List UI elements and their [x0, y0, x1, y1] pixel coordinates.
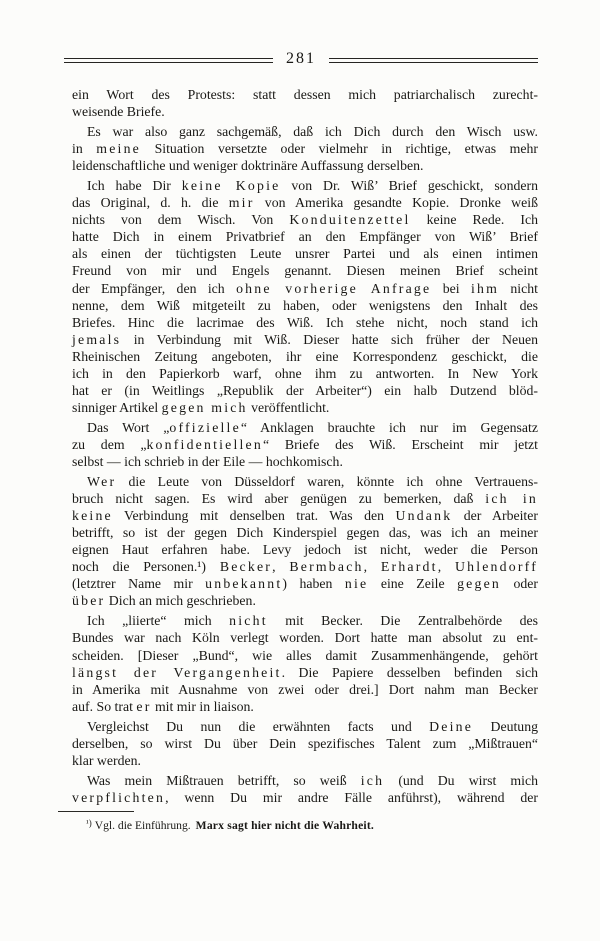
- text-line: scheiden. [Dieser „Bund“, wie alles dami…: [72, 647, 538, 664]
- text-line: verpflichten, wenn Du mir andre Fälle an…: [72, 789, 538, 806]
- text-line: sinniger Artikel gegen mich veröffentlic…: [72, 399, 538, 416]
- text-line: hat er (in Weitlings „Republik der Arbei…: [72, 382, 538, 399]
- footnote-text: Vgl. die Einführung.: [95, 819, 191, 832]
- text-line: Ich habe Dir keine Kopie von Dr. Wiß’ Br…: [72, 177, 538, 194]
- text-line: selbst — ich schrieb in der Eile — hochk…: [72, 453, 538, 470]
- text-line: Wer die Leute von Düsseldorf waren, könn…: [72, 473, 538, 490]
- text-line: Rheinischen Zeitung angeboten, ihr eine …: [72, 348, 538, 365]
- text-line: nenne, dem Wiß mitgeteilt zu haben, oder…: [72, 297, 538, 314]
- page-number: 281: [273, 51, 329, 67]
- text-line: nichts von dem Wisch. Von Konduitenzette…: [72, 211, 538, 228]
- text-line: Vergleichst Du nun die erwähnten facts u…: [72, 718, 538, 735]
- text-line: längst der Vergangenheit. Die Papiere de…: [72, 664, 538, 681]
- footnote: ¹)Vgl. die Einführung.Marx sagt hier nic…: [72, 816, 552, 833]
- text-line: noch die Personen.¹) Becker, Bermbach, E…: [72, 558, 538, 575]
- text-line: (letztrer Name mir unbekannt) haben nie …: [72, 575, 538, 592]
- text-line: derselben, so wirst Du über Dein spezifi…: [72, 735, 538, 752]
- text-line: über Dich an mich geschrieben.: [72, 592, 538, 609]
- page-header: 281: [64, 52, 538, 68]
- text-line: betrifft, so ist der gegen Dich Kindersp…: [72, 524, 538, 541]
- text-line: Briefes. Hinc die lacrimae des Wiß. Ich …: [72, 314, 538, 331]
- text-line: eignen Haut erfahren habe. Levy jedoch i…: [72, 541, 538, 558]
- text-line: auf. So trat er mit mir in liaison.: [72, 698, 538, 715]
- text-line: hatte Dich in einem Privatbrief an den E…: [72, 228, 538, 245]
- text-line: Das Wort „offizielle“ Anklagen brauchte …: [72, 419, 538, 436]
- text-line: Ich „liierte“ mich nicht mit Becker. Die…: [72, 612, 538, 629]
- text-line: jemals in Verbindung mit Wiß. Dieser hat…: [72, 331, 538, 348]
- text-line: Bundes war nach Köln verlegt worden. Dor…: [72, 629, 538, 646]
- text-line: der Empfänger, den ich ohne vorherige An…: [72, 280, 538, 297]
- text-line: klar werden.: [72, 752, 538, 769]
- text-line: Was mein Mißtrauen betrifft, so weiß ich…: [72, 772, 538, 789]
- text-line: leidenschaftliche und weniger doktrinäre…: [72, 157, 538, 174]
- text-line: in Amerika mit Ausnahme von zwei oder dr…: [72, 681, 538, 698]
- text-line: Freund von mir und Engels genannt. Diese…: [72, 262, 538, 279]
- text-line: das Original, d. h. die mir von Amerika …: [72, 194, 538, 211]
- text-line: Es war also ganz sachgemäß, daß ich Dich…: [72, 123, 538, 140]
- header-rule-left: [64, 58, 273, 63]
- book-page: 281 ein Wort des Protests: statt dessen …: [0, 0, 600, 941]
- text-line: in meine Situation versetzte oder vielme…: [72, 140, 538, 157]
- footnote-marker: ¹): [86, 818, 92, 828]
- text-line: bruch nicht sagen. Es wird aber genügen …: [72, 490, 538, 507]
- text-block: ein Wort des Protests: statt dessen mich…: [72, 86, 538, 806]
- text-line: keine Verbindung mit denselben trat. Was…: [72, 507, 538, 524]
- footnote-separator: [58, 811, 134, 812]
- text-line: ich in den Papierkorb warf, ohne ihm zu …: [72, 365, 538, 382]
- text-line: weisende Briefe.: [72, 103, 538, 120]
- footnote-emphasis: Marx sagt hier nicht die Wahrheit.: [196, 819, 374, 832]
- header-rule-right: [329, 58, 538, 63]
- text-line: als einen der tüchtigsten Leute unsrer P…: [72, 245, 538, 262]
- text-line: zu dem „konfidentiellen“ Briefe des Wiß.…: [72, 436, 538, 453]
- text-line: ein Wort des Protests: statt dessen mich…: [72, 86, 538, 103]
